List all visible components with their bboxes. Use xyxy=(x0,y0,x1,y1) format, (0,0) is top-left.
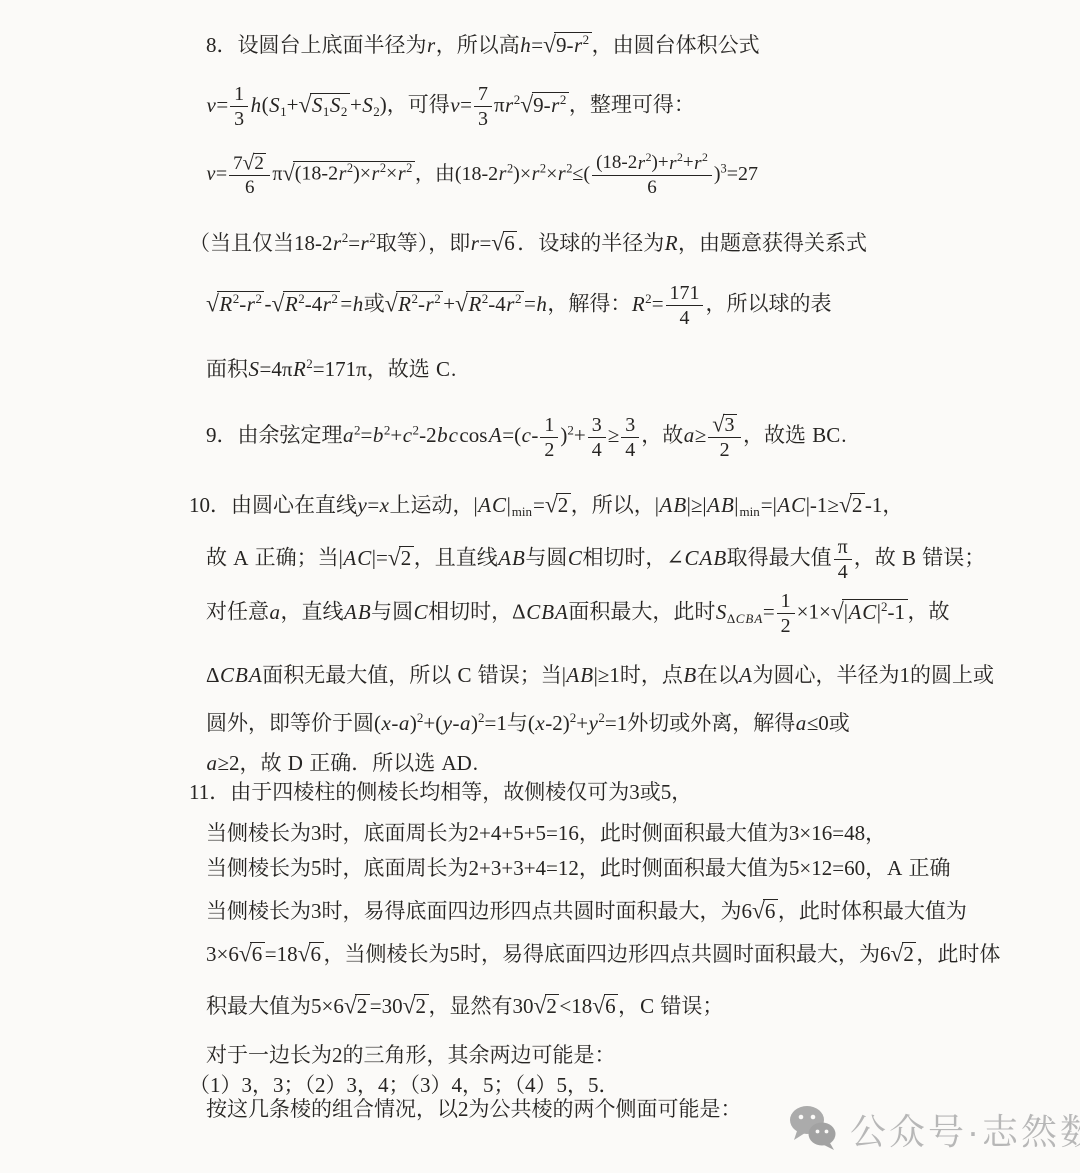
solution-line: 当侧棱长为3时，易得底面四边形四点共圆时面积最大，为6√6，此时体积最大值为 xyxy=(206,898,967,925)
solution-line: 圆外，即等价于圆(x-a)2+(y-a)2=1与(x-2)2+y2=1外切或外离… xyxy=(206,710,850,737)
solution-line: v=13h(S1+√S1S2+S2)，可得v=73πr2√9-r2，整理可得： xyxy=(206,83,695,131)
watermark-text: 公众号·志然数 xyxy=(850,1104,1080,1155)
math-solution-document: 8．设圆台上底面半径为r，所以高h=√9-r2，由圆台体积公式v=13h(S1+… xyxy=(0,0,1080,1173)
solution-line: 10．由圆心在直线y=x上运动，|AC|min=√2，所以，|AB|≥|AB|m… xyxy=(189,492,903,519)
solution-line: 当侧棱长为3时，底面周长为2+4+5+5=16，此时侧面积最大值为3×16=48… xyxy=(206,820,886,847)
solution-line: √R2-r2-√R2-4r2=h或√R2-r2+√R2-4r2=h，解得：R2=… xyxy=(206,282,831,330)
solution-line: 故 A 正确；当|AC|=√2，且直线AB与圆C相切时，∠CAB取得最大值π4，… xyxy=(206,536,985,584)
solution-line: ΔCBA面积无最大值，所以 C 错误；当|AB|≥1时，点B在以A为圆心，半径为… xyxy=(206,662,994,689)
solution-line: 8．设圆台上底面半径为r，所以高h=√9-r2，由圆台体积公式 xyxy=(206,32,760,59)
solution-line: 9．由余弦定理a2=b2+c2-2bccosA=(c-12)2+34≥34，故a… xyxy=(206,413,847,462)
solution-line: v=7√26π√(18-2r2)×r2×r2，由(18-2r2)×r2×r2≤(… xyxy=(206,152,758,199)
solution-line: 对于一边长为2的三角形，其余两边可能是： xyxy=(206,1042,616,1069)
solution-line: 面积S=4πR2=171π，故选 C. xyxy=(206,356,456,383)
solution-line: 11．由于四棱柱的侧棱长均相等，故侧棱仅可为3或5， xyxy=(189,779,692,806)
solution-line: 3×6√6=18√6，当侧棱长为5时，易得底面四边形四点共圆时面积最大，为6√2… xyxy=(206,941,1000,968)
solution-line: 当侧棱长为5时，底面周长为2+3+3+4=12，此时侧面积最大值为5×12=60… xyxy=(206,855,950,882)
solution-line: （当且仅当18-2r2=r2取等），即r=√6．设球的半径为R，由题意获得关系式 xyxy=(189,230,867,257)
wechat-icon xyxy=(788,1104,838,1155)
solution-line: 对任意a，直线AB与圆C相切时，ΔCBA面积最大，此时SΔCBA=12×1×√|… xyxy=(206,590,950,638)
solution-line: 积最大值为5×6√2=30√2，显然有30√2<18√6，C 错误； xyxy=(206,993,723,1020)
watermark: 公众号·志然数 xyxy=(788,1104,1080,1155)
solution-line: a≥2，故 D 正确．所以选 AD. xyxy=(206,750,478,777)
solution-line: 按这几条棱的组合情况，以2为公共棱的两个侧面可能是： xyxy=(206,1096,742,1123)
